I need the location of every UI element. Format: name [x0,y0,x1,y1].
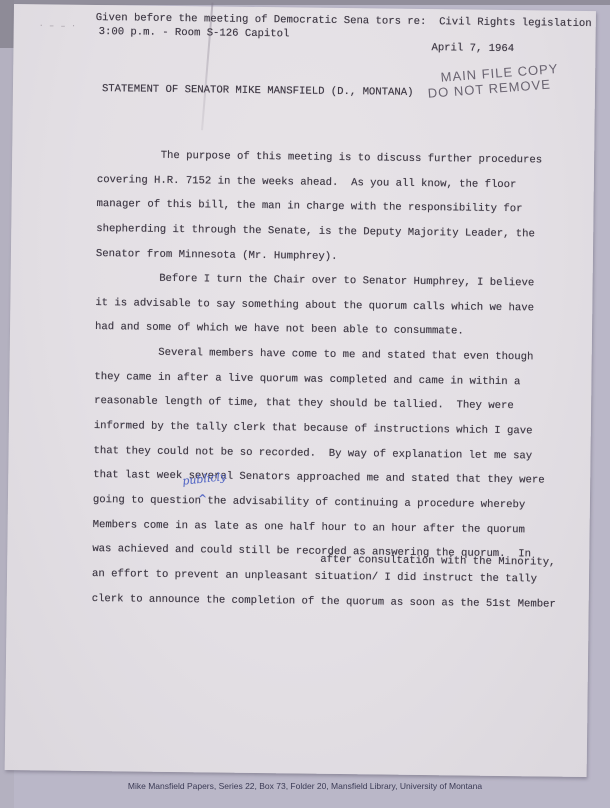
typed-body: The purpose of this meeting is to discus… [92,143,562,617]
statement-title: STATEMENT OF SENATOR MIKE MANSFIELD (D.,… [102,83,414,99]
scanner-corner-shadow [0,0,14,48]
insertion-caret: ^ [198,492,207,505]
file-copy-stamp: MAIN FILE COPY DO NOT REMOVE [426,61,560,101]
pencil-dash-marks: · – – · [40,21,77,31]
header-date: April 7, 1964 [431,42,514,55]
typed-line: clerk to announce the completion of the … [92,587,556,617]
document-paper: · – – · Given before the meeting of Demo… [5,4,596,777]
archive-caption: Mike Mansfield Papers, Series 22, Box 73… [0,781,610,791]
header-line-2: 3:00 p.m. - Room S-126 Capitol [99,26,290,40]
